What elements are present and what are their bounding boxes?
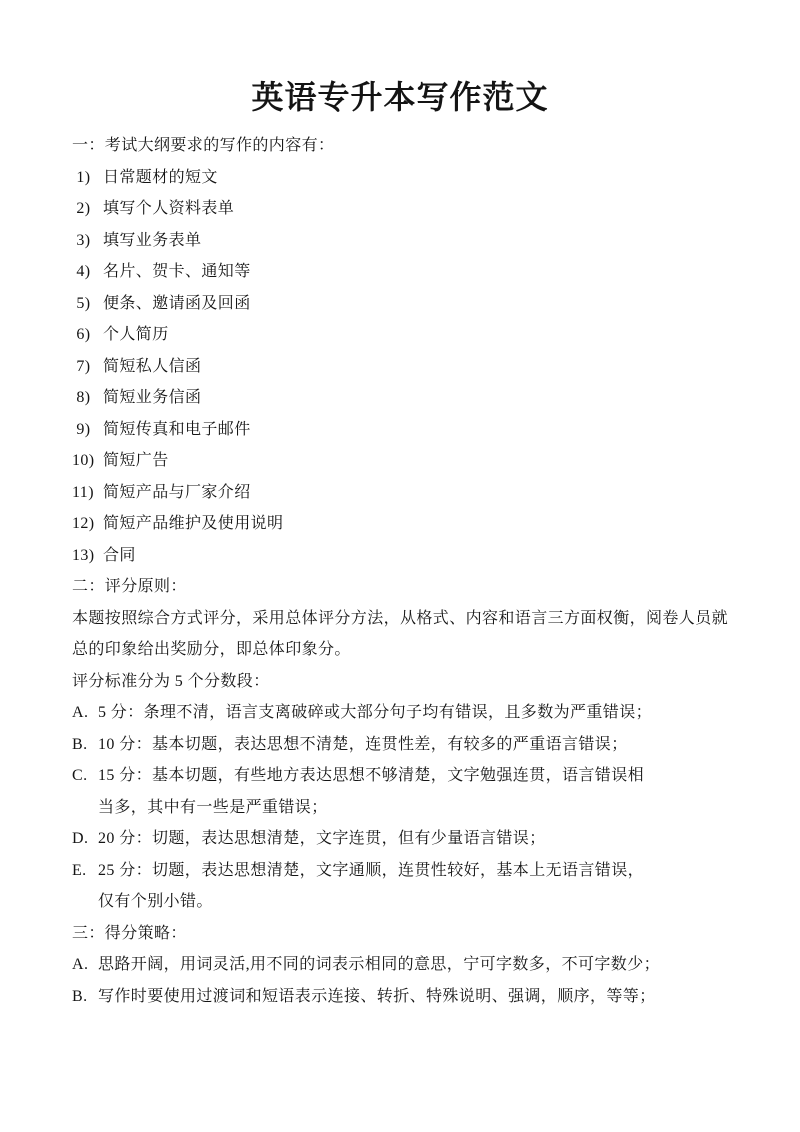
list-item-text: 简短广告 bbox=[103, 445, 748, 477]
list-item: A. 思路开阔，用词灵活,用不同的词表示相同的意思，宁可字数多，不可字数少； bbox=[72, 949, 748, 981]
list-item-marker: 13) bbox=[72, 540, 103, 572]
section-strategy: 三：得分策略： A. 思路开阔，用词灵活,用不同的词表示相同的意思，宁可字数多，… bbox=[72, 918, 748, 1013]
list-item-marker: D. bbox=[72, 823, 98, 855]
list-item-marker: 11) bbox=[72, 477, 103, 509]
list-item-marker: 4) bbox=[72, 256, 103, 288]
list-item-text: 简短产品与厂家介绍 bbox=[103, 477, 748, 509]
list-item-text: 简短私人信函 bbox=[103, 351, 748, 383]
list-item-marker: A. bbox=[72, 697, 98, 729]
list-item-marker: 10) bbox=[72, 445, 103, 477]
list-item: 5) 便条、邀请函及回函 bbox=[72, 288, 748, 320]
list-item-marker: 12) bbox=[72, 508, 103, 540]
list-item: 7) 简短私人信函 bbox=[72, 351, 748, 383]
list-item-marker: 3) bbox=[72, 225, 103, 257]
list-item: 2) 填写个人资料表单 bbox=[72, 193, 748, 225]
list-item-marker: 8) bbox=[72, 382, 103, 414]
list-item-marker: C. bbox=[72, 760, 98, 792]
list-item: 3) 填写业务表单 bbox=[72, 225, 748, 257]
list-item-text: 写作时要使用过渡词和短语表示连接、转折、特殊说明、强调，顺序，等等； bbox=[98, 981, 748, 1013]
list-item: 9) 简短传真和电子邮件 bbox=[72, 414, 748, 446]
list-item-marker: B. bbox=[72, 729, 98, 761]
list-item-text: 15 分：基本切题，有些地方表达思想不够清楚，文字勉强连贯，语言错误相 当多，其… bbox=[98, 760, 748, 823]
section-scoring: 二：评分原则： 本题按照综合方式评分，采用总体评分方法，从格式、内容和语言三方面… bbox=[72, 571, 748, 918]
list-item: 4) 名片、贺卡、通知等 bbox=[72, 256, 748, 288]
list-item: B. 10 分：基本切题，表达思想不清楚，连贯性差，有较多的严重语言错误； bbox=[72, 729, 748, 761]
list-item-marker: 5) bbox=[72, 288, 103, 320]
list-item-marker: E. bbox=[72, 855, 98, 887]
list-item-text: 25 分：切题，表达思想清楚，文字通顺，连贯性较好，基本上无语言错误， 仅有个别… bbox=[98, 855, 748, 918]
list-item-marker: 7) bbox=[72, 351, 103, 383]
list-item-text: 5 分：条理不清，语言支离破碎或大部分句子均有错误，且多数为严重错误； bbox=[98, 697, 748, 729]
list-item-text: 个人简历 bbox=[103, 319, 748, 351]
list-item: E. 25 分：切题，表达思想清楚，文字通顺，连贯性较好，基本上无语言错误， 仅… bbox=[72, 855, 748, 918]
paragraph: 评分标准分为 5 个分数段： bbox=[72, 666, 748, 698]
list-item-marker: B. bbox=[72, 981, 98, 1013]
list-item: D. 20 分：切题，表达思想清楚，文字连贯，但有少量语言错误； bbox=[72, 823, 748, 855]
list-item-marker: 9) bbox=[72, 414, 103, 446]
list-item: 13) 合同 bbox=[72, 540, 748, 572]
list-item-marker: 2) bbox=[72, 193, 103, 225]
list-item-marker: 6) bbox=[72, 319, 103, 351]
list-item-text: 简短业务信函 bbox=[103, 382, 748, 414]
list-item-text: 简短产品维护及使用说明 bbox=[103, 508, 748, 540]
list-item: 6) 个人简历 bbox=[72, 319, 748, 351]
section-outline: 一：考试大纲要求的写作的内容有： 1) 日常题材的短文 2) 填写个人资料表单 … bbox=[72, 130, 748, 571]
list-item-text: 名片、贺卡、通知等 bbox=[103, 256, 748, 288]
list-item-text: 便条、邀请函及回函 bbox=[103, 288, 748, 320]
document-content: 一：考试大纲要求的写作的内容有： 1) 日常题材的短文 2) 填写个人资料表单 … bbox=[72, 130, 748, 1012]
section-2-heading: 二：评分原则： bbox=[72, 571, 748, 603]
section-1-heading: 一：考试大纲要求的写作的内容有： bbox=[72, 130, 748, 162]
list-item: B. 写作时要使用过渡词和短语表示连接、转折、特殊说明、强调，顺序，等等； bbox=[72, 981, 748, 1013]
list-item-marker: A. bbox=[72, 949, 98, 981]
list-item: 11) 简短产品与厂家介绍 bbox=[72, 477, 748, 509]
section-3-heading: 三：得分策略： bbox=[72, 918, 748, 950]
list-item-text: 合同 bbox=[103, 540, 748, 572]
list-item: A. 5 分：条理不清，语言支离破碎或大部分句子均有错误，且多数为严重错误； bbox=[72, 697, 748, 729]
list-item: 8) 简短业务信函 bbox=[72, 382, 748, 414]
list-item: 1) 日常题材的短文 bbox=[72, 162, 748, 194]
list-item-text: 填写个人资料表单 bbox=[103, 193, 748, 225]
list-item-text: 简短传真和电子邮件 bbox=[103, 414, 748, 446]
list-item: 10) 简短广告 bbox=[72, 445, 748, 477]
list-item-text: 填写业务表单 bbox=[103, 225, 748, 257]
list-item-text: 思路开阔，用词灵活,用不同的词表示相同的意思，宁可字数多，不可字数少； bbox=[98, 949, 748, 981]
list-item-marker: 1) bbox=[72, 162, 103, 194]
list-item-text: 10 分：基本切题，表达思想不清楚，连贯性差，有较多的严重语言错误； bbox=[98, 729, 748, 761]
document-page: 英语专升本写作范文 一：考试大纲要求的写作的内容有： 1) 日常题材的短文 2)… bbox=[0, 0, 800, 1132]
list-item-text: 日常题材的短文 bbox=[103, 162, 748, 194]
paragraph: 本题按照综合方式评分，采用总体评分方法，从格式、内容和语言三方面权衡，阅卷人员就… bbox=[72, 603, 748, 666]
document-title: 英语专升本写作范文 bbox=[0, 76, 800, 118]
list-item-text: 20 分：切题，表达思想清楚，文字连贯，但有少量语言错误； bbox=[98, 823, 748, 855]
list-item: 12) 简短产品维护及使用说明 bbox=[72, 508, 748, 540]
list-item: C. 15 分：基本切题，有些地方表达思想不够清楚，文字勉强连贯，语言错误相 当… bbox=[72, 760, 748, 823]
